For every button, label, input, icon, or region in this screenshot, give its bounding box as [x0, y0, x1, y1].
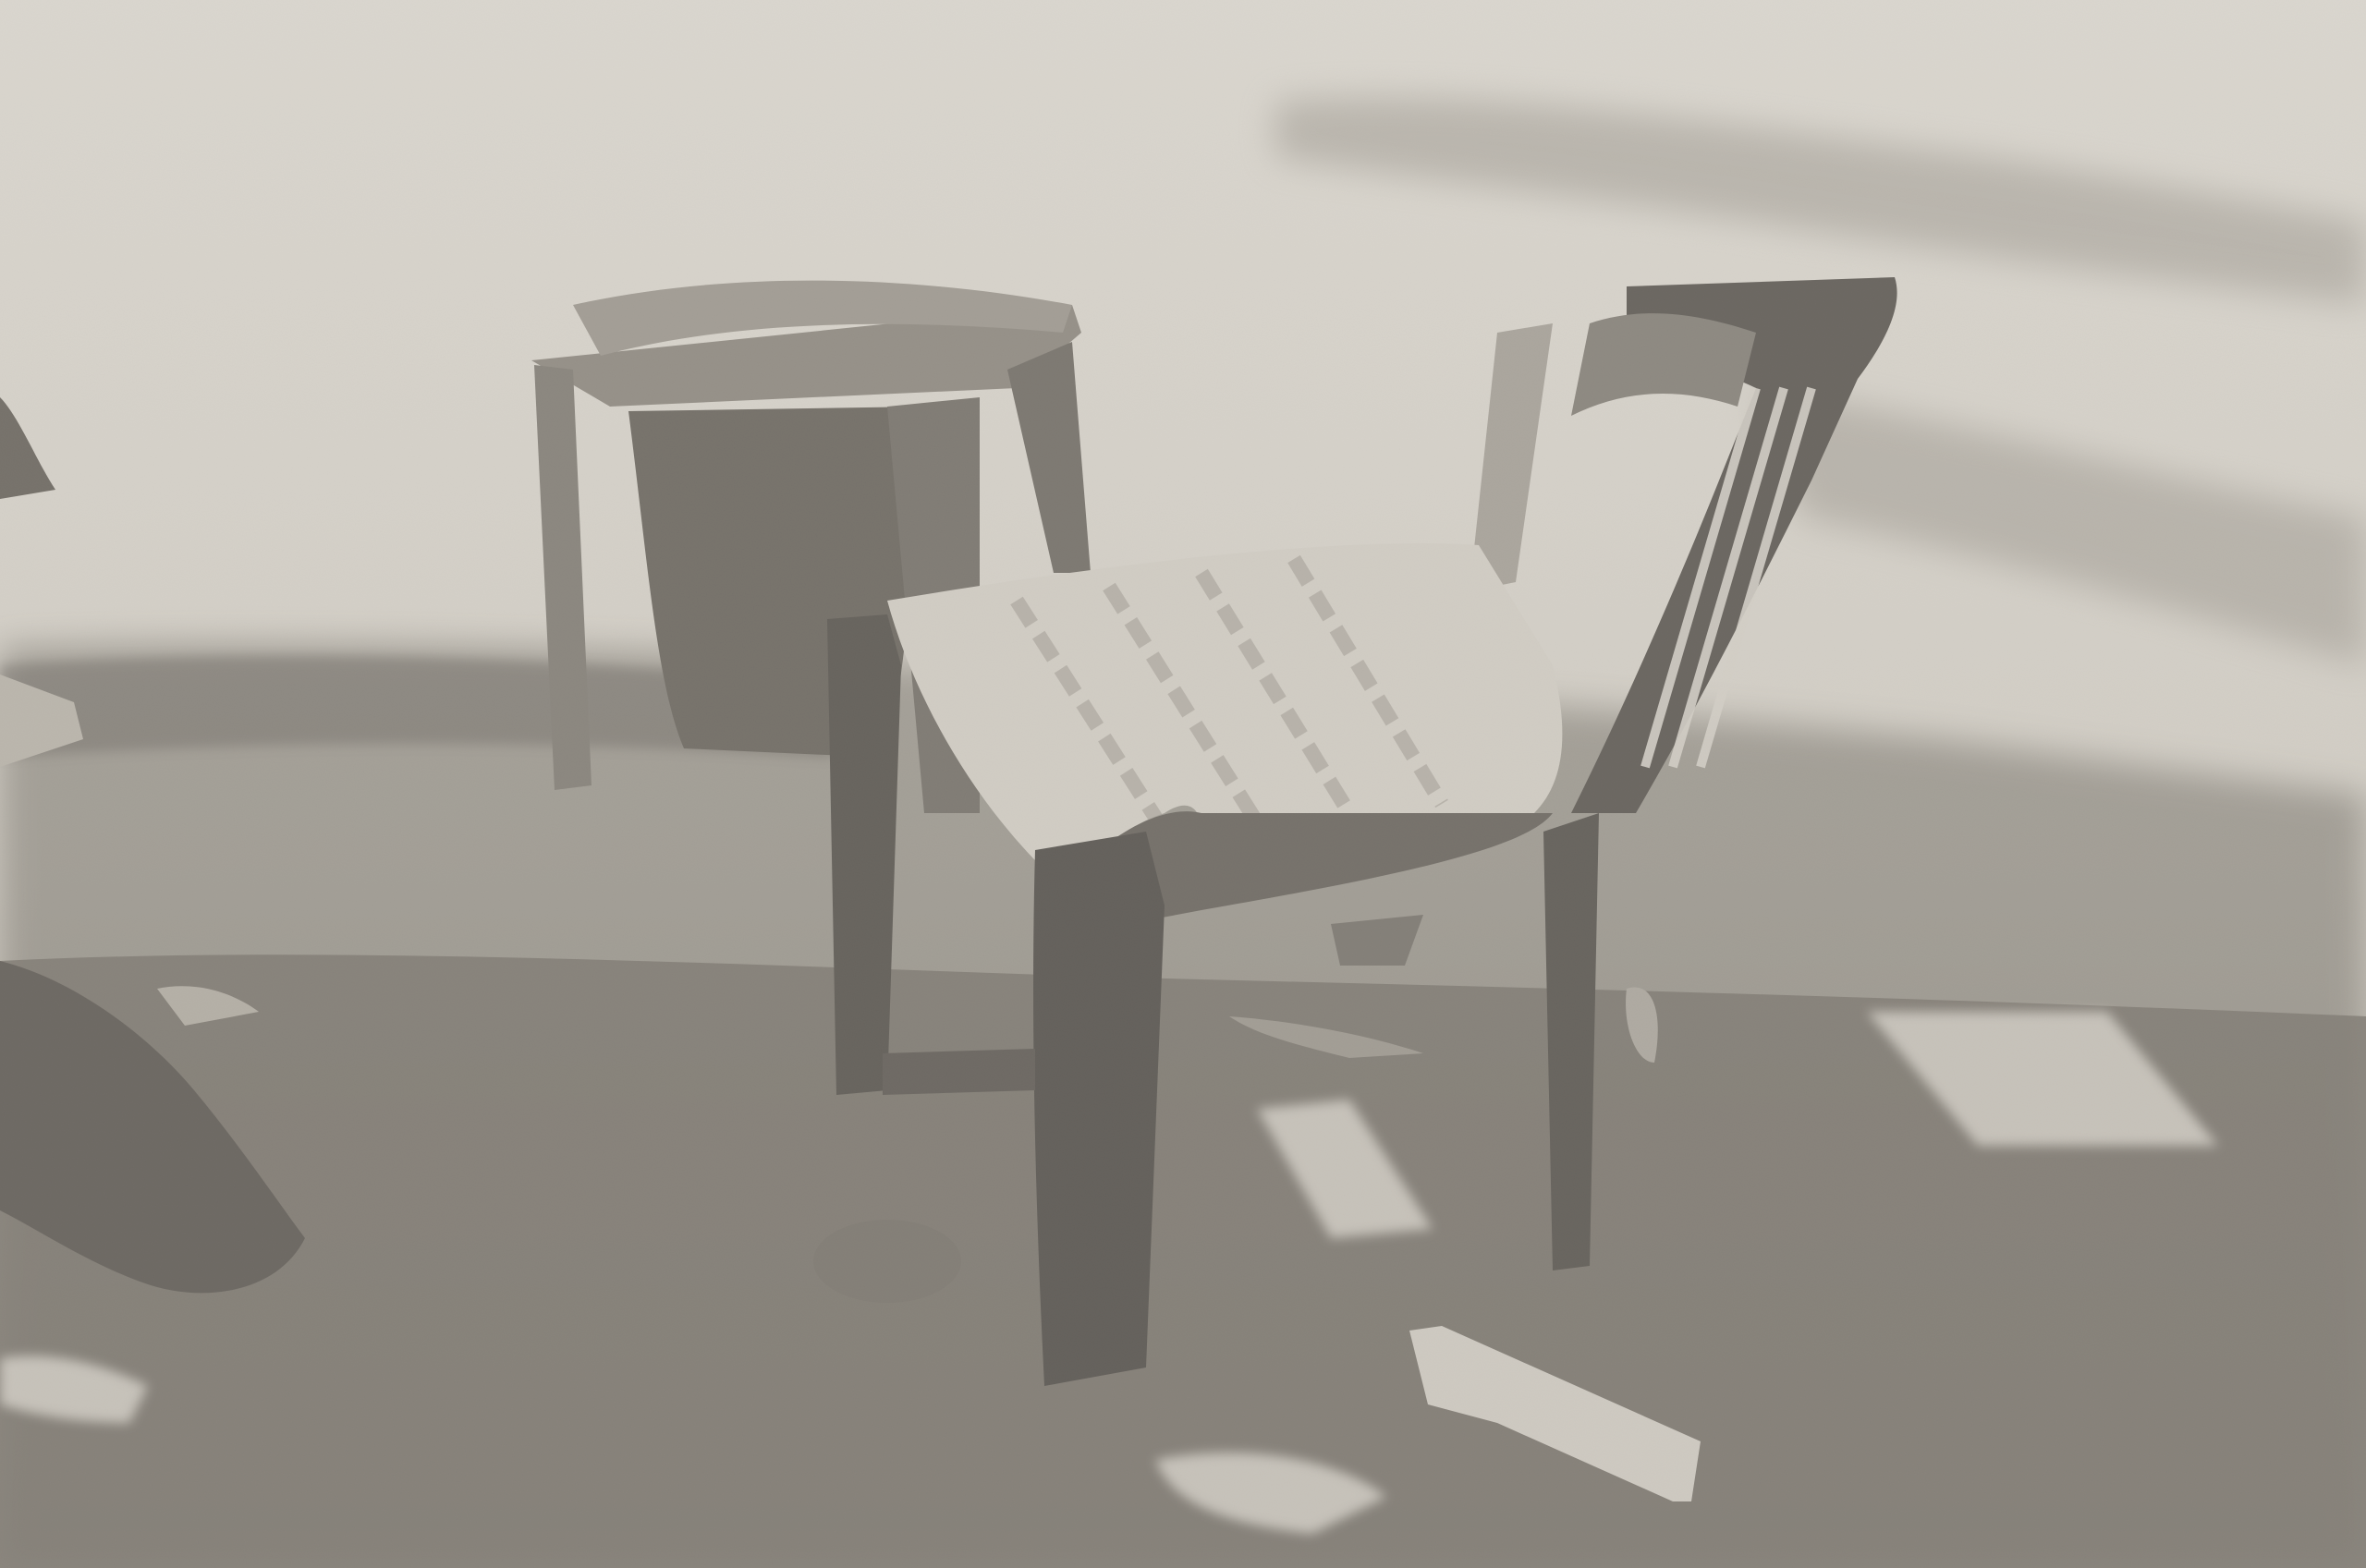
photograph [0, 0, 2366, 1568]
